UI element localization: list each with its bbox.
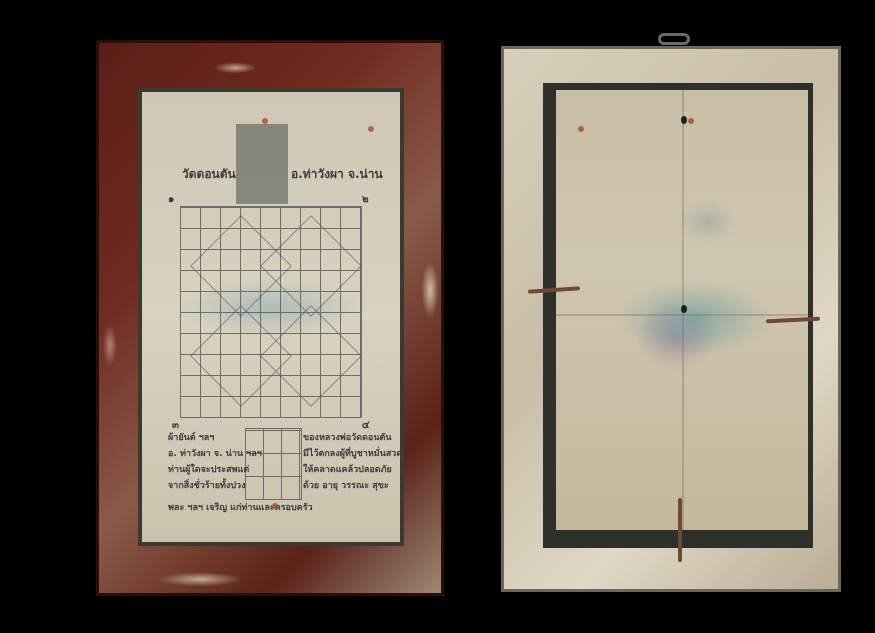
rust-spot [578, 126, 584, 132]
corner-mark-1: ๑ [168, 192, 174, 207]
inscription-line: มีไว้ตกลงผู้ที่บูชาหมั่นสวด [303, 446, 402, 462]
rust-spot [368, 126, 374, 132]
rust-spot [272, 503, 278, 509]
inscription-line: ด้วย อายุ วรรณะ สุขะ [303, 478, 402, 494]
inscription-line: ผ้ายันต์ ฯลฯ [168, 430, 262, 446]
inscription-line: ให้คลาดแคล้วปลอดภัย [303, 462, 402, 478]
district-name: อ.ท่าวังผา จ.น่าน [291, 165, 383, 184]
left-inscription: ผ้ายันต์ ฯลฯ อ. ท่าวังผา จ. น่าน ฯลฯ ท่า… [168, 430, 262, 494]
inscription-line: อ. ท่าวังผา จ. น่าน ฯลฯ [168, 446, 262, 462]
corner-mark-2: ๒ [362, 192, 369, 207]
hanging-ring [658, 33, 690, 45]
footer-inscription: พละ ฯลฯ เจริญ แก่ท่านและครอบครัว [168, 500, 313, 516]
temple-name: วัดดอนตัน [182, 165, 236, 184]
inscription-line: ท่านผู้ใดจะประสพแต่ [168, 462, 262, 478]
fold-crease-horizontal [556, 314, 808, 316]
rust-spot [262, 118, 268, 124]
inscription-line: ของหลวงพ่อวัดดอนตัน [303, 430, 402, 446]
rusty-nail-bottom [678, 498, 682, 562]
monk-photo-patch [236, 124, 288, 204]
nail-hole [681, 116, 687, 124]
nail-hole [681, 305, 687, 313]
rust-spot [688, 118, 694, 124]
right-inscription: ของหลวงพ่อวัดดอนตัน มีไว้ตกลงผู้ที่บูชาห… [303, 430, 402, 494]
inscription-line: จากสิ่งชั่วร้ายทั้งปวง [168, 478, 262, 494]
